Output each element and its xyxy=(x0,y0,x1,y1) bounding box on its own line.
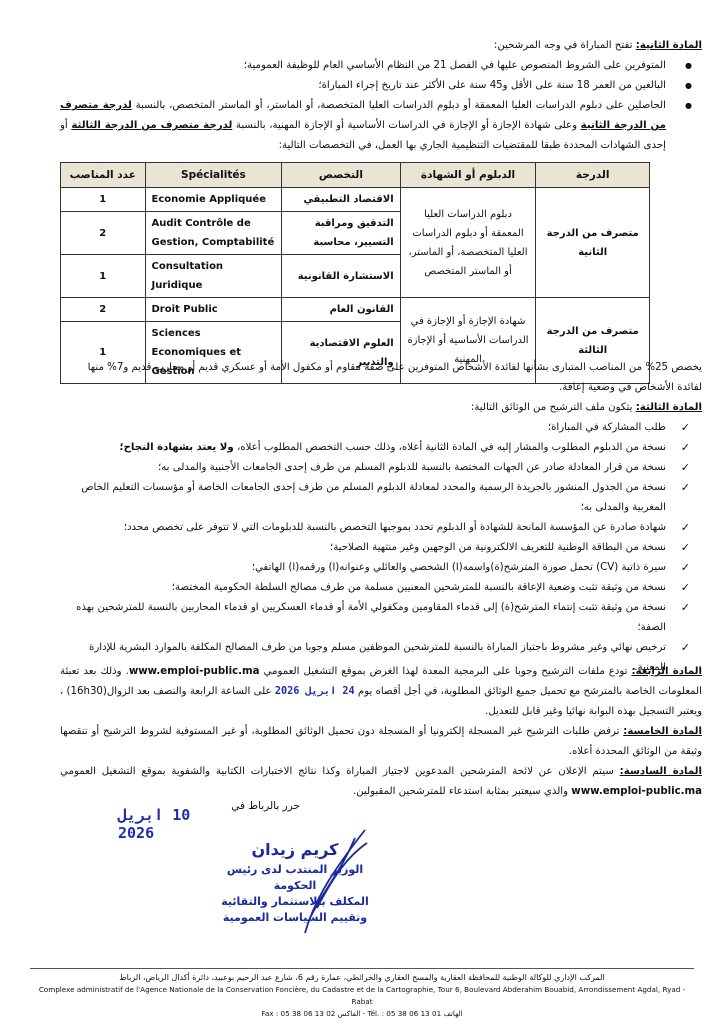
header-specialty-ar: التخصص xyxy=(282,163,400,188)
article-4: المادة الرابعة: تودع ملفات الترشيح وجوبا… xyxy=(60,662,702,722)
page-footer: المركب الإداري للوكالة الوطنية للمحافظة … xyxy=(30,968,694,1020)
check-icon: ✓ xyxy=(681,558,690,578)
table-row: متصرف من الدرجة الثالثة شهادة الإجازة أو… xyxy=(61,298,650,322)
date-stamp: 10 ابريل 2026 xyxy=(118,806,228,842)
article-3-section: يخصص 25% من المناصب المتبارى بشأنها لفائ… xyxy=(60,358,702,678)
eligibility-item: المتوفرين على الشروط المنصوص عليها في ال… xyxy=(60,56,702,76)
check-icon: ✓ xyxy=(681,518,690,538)
count-cell: 1 xyxy=(61,188,146,212)
check-icon: ✓ xyxy=(681,418,690,438)
article-3-heading: المادة الثالثة: xyxy=(636,402,702,413)
header-grade: الدرجة xyxy=(536,163,650,188)
article-3-intro: المادة الثالثة: يتكون ملف الترشيح من الو… xyxy=(60,398,702,418)
document-item: ✓نسخة من الجدول المنشور بالجريدة الرسمية… xyxy=(60,478,702,518)
document-item: ✓نسخة من الدبلوم المطلوب والمشار إليه في… xyxy=(60,438,702,458)
count-cell: 1 xyxy=(61,255,146,298)
article-2-intro: المادة الثانية: تفتح المباراة في وجه الم… xyxy=(60,36,702,56)
specialty-fr-cell: Consultation Juridique xyxy=(145,255,282,298)
specialty-fr-cell: Audit Contrôle de Gestion, Comptabilité xyxy=(145,212,282,255)
check-icon: ✓ xyxy=(681,538,690,558)
article-2: المادة الثانية: تفتح المباراة في وجه الم… xyxy=(60,36,702,156)
check-icon: ✓ xyxy=(681,478,690,498)
header-specialty-fr: Spécialités xyxy=(145,163,282,188)
diploma-cell: دبلوم الدراسات العليا المعمقة أو دبلوم ا… xyxy=(400,188,536,298)
header-diploma: الدبلوم أو الشهادة xyxy=(400,163,536,188)
posts-table: الدرجة الدبلوم أو الشهادة التخصص Spécial… xyxy=(60,162,650,384)
handwritten-signature-icon xyxy=(295,828,375,938)
eligibility-list: المتوفرين على الشروط المنصوص عليها في ال… xyxy=(60,56,702,156)
specialty-ar-cell: التدقيق ومراقبة التسيير، محاسبة xyxy=(282,212,400,255)
article-4-heading: المادة الرابعة: xyxy=(632,666,703,677)
document-item: ✓نسخة من وثيقة تثبت إنتماء المترشح(ة) إل… xyxy=(60,598,702,638)
deadline-stamp: 24 ابريل 2026 xyxy=(275,686,355,697)
article-5: المادة الخامسة: ترفض طلبات الترشيح غير ا… xyxy=(60,722,702,762)
specialty-ar-cell: الاقتصاد التطبيقي xyxy=(282,188,400,212)
footer-address-ar: المركب الإداري للوكالة الوطنية للمحافظة … xyxy=(30,972,694,984)
document-item: ✓نسخة من البطاقة الوطنية للتعريف الالكتر… xyxy=(60,538,702,558)
header-count: عدد المناصب xyxy=(61,163,146,188)
check-icon: ✓ xyxy=(681,638,690,658)
check-icon: ✓ xyxy=(681,598,690,618)
article-2-heading: المادة الثانية: xyxy=(636,40,702,51)
document-item: ✓طلب المشاركة في المباراة؛ xyxy=(60,418,702,438)
check-icon: ✓ xyxy=(681,458,690,478)
article-6-heading: المادة السادسة: xyxy=(620,766,702,777)
documents-list: ✓طلب المشاركة في المباراة؛ ✓نسخة من الدب… xyxy=(60,418,702,678)
count-cell: 2 xyxy=(61,212,146,255)
specialty-fr-cell: Economie Appliquée xyxy=(145,188,282,212)
document-item: ✓نسخة من وثيقة تثبت وضعية الإعاقة بالنسب… xyxy=(60,578,702,598)
document-page: المادة الثانية: تفتح المباراة في وجه الم… xyxy=(0,0,724,1024)
website-link[interactable]: www.emploi-public.ma xyxy=(129,666,260,677)
document-item: ✓نسخة من قرار المعادلة صادر عن الجهات ال… xyxy=(60,458,702,478)
footer-contact: Fax : 05 38 06 13 02 الفاكس - Tél. : 05 … xyxy=(30,1008,694,1020)
signature-block: كريم زيدان الوزير المنتدب لدى رئيس الحكو… xyxy=(215,838,375,926)
check-icon: ✓ xyxy=(681,438,690,458)
specialty-ar-cell: القانون العام xyxy=(282,298,400,322)
footer-address-fr: Complexe administratif de l'Agence Natio… xyxy=(30,984,694,1008)
eligibility-item: الحاصلين على دبلوم الدراسات العليا المعم… xyxy=(60,96,702,156)
articles-4-6: المادة الرابعة: تودع ملفات الترشيح وجوبا… xyxy=(60,662,702,802)
eligibility-item: البالغين من العمر 18 سنة على الأقل و45 س… xyxy=(60,76,702,96)
quota-note: يخصص 25% من المناصب المتبارى بشأنها لفائ… xyxy=(60,358,702,398)
grade-cell: متصرف من الدرجة الثانية xyxy=(536,188,650,298)
article-6: المادة السادسة: سيتم الإعلان عن لائحة ال… xyxy=(60,762,702,802)
specialty-fr-cell: Droit Public xyxy=(145,298,282,322)
document-item: ✓شهادة صادرة عن المؤسسة المانحة للشهادة … xyxy=(60,518,702,538)
article-5-heading: المادة الخامسة: xyxy=(623,726,702,737)
table-row: متصرف من الدرجة الثانية دبلوم الدراسات ا… xyxy=(61,188,650,212)
website-link[interactable]: www.emploi-public.ma xyxy=(571,786,702,797)
check-icon: ✓ xyxy=(681,578,690,598)
specialty-ar-cell: الاستشارة القانونية xyxy=(282,255,400,298)
document-item: ✓سيرة ذاتية (CV) تحمل صورة المترشح(ة)واس… xyxy=(60,558,702,578)
table-header-row: الدرجة الدبلوم أو الشهادة التخصص Spécial… xyxy=(61,163,650,188)
count-cell: 2 xyxy=(61,298,146,322)
